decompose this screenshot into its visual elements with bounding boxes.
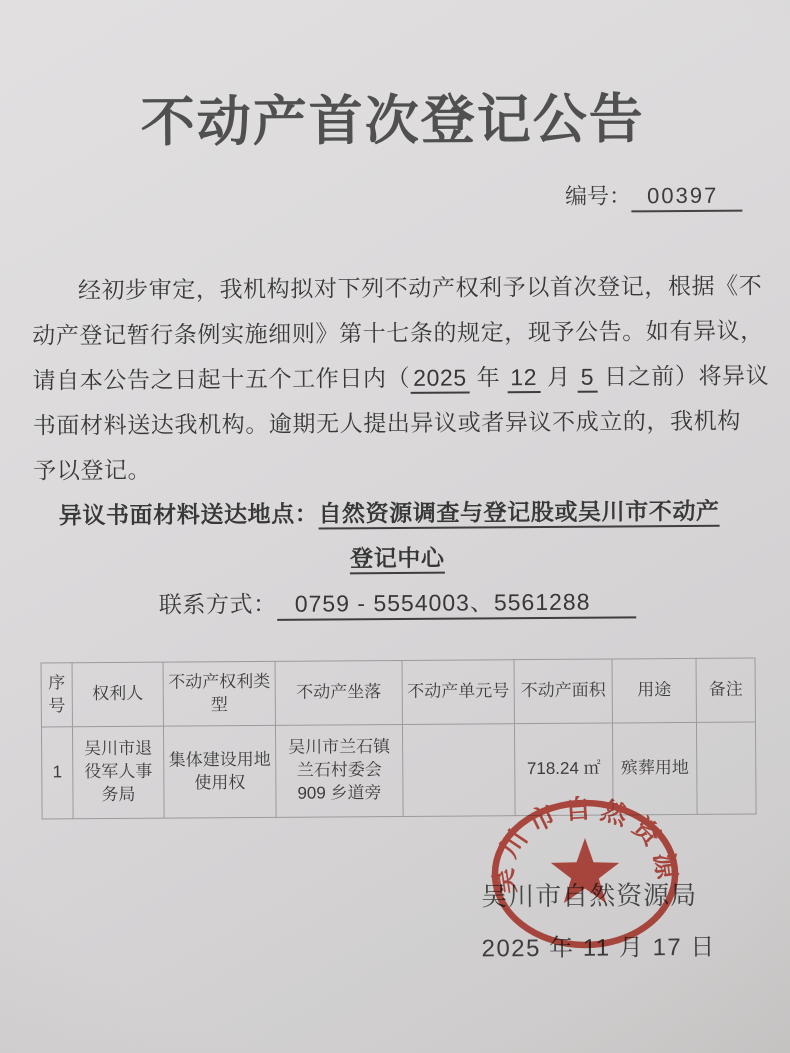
deadline-month: 12 — [507, 364, 540, 393]
col-header-holder: 权利人 — [72, 662, 163, 727]
col-header-area: 不动产面积 — [514, 659, 612, 724]
table-header-row: 序号 权利人 不动产权利类型 不动产坐落 不动产单元号 不动产面积 用途 备注 — [41, 658, 755, 727]
doc-number-label: 编号： — [565, 183, 631, 208]
body-line-2: 动产登记暂行条例实施细则》第十七条的规定，现予公告。如有异议， — [32, 308, 759, 358]
cell-location: 吴川市兰石镇 兰石村委会 909 乡道旁 — [275, 724, 403, 817]
contact-value: 0759 - 5554003、5561288 — [277, 588, 637, 621]
cell-remark — [696, 722, 756, 814]
paper-sheet: 不动产首次登记公告 编号：00397 经初步审定，我机构拟对下列不动产权利予以首… — [0, 0, 790, 1053]
contact-line: 联系方式：0759 - 5554003、5561288 — [34, 578, 761, 628]
doc-number-line: 编号：00397 — [0, 178, 788, 215]
body-line-1: 经初步审定，我机构拟对下列不动产权利予以首次登记，根据《不 — [32, 263, 759, 313]
deadline-text-end: 日之前）将异议 — [597, 362, 769, 389]
address-line: 异议书面材料送达地点：自然资源调查与登记股或吴川市不动产 — [33, 488, 760, 538]
announcement-body: 经初步审定，我机构拟对下列不动产权利予以首次登记，根据《不 动产登记暂行条例实施… — [32, 263, 761, 628]
seal-star-icon — [551, 838, 619, 903]
location-line-1: 吴川市兰石镇 — [279, 736, 399, 760]
location-line-2: 兰石村委会 — [279, 759, 399, 783]
address-value-2: 登记中心 — [350, 545, 445, 575]
address-value: 自然资源调查与登记股或吴川市不动产 — [318, 498, 719, 530]
page-title: 不动产首次登记公告 — [0, 75, 788, 158]
year-unit: 年 — [470, 364, 508, 390]
contact-label: 联系方式： — [159, 591, 277, 618]
address-line-2: 登记中心 — [34, 533, 761, 583]
deadline-year: 2025 — [410, 364, 470, 393]
body-line-5: 予以登记。 — [33, 443, 760, 493]
location-line-3: 909 乡道旁 — [279, 782, 399, 806]
col-header-unit-no: 不动产单元号 — [402, 660, 514, 725]
cell-seq: 1 — [41, 727, 73, 819]
col-header-remark: 备注 — [696, 658, 755, 722]
body-line-4: 书面材料送达我机构。逾期无人提出异议或者异议不成立的，我机构 — [33, 398, 760, 448]
address-label: 异议书面材料送达地点： — [59, 501, 319, 529]
month-unit: 月 — [540, 364, 578, 390]
deadline-text: 请自本公告之日起十五个工作日内（ — [32, 365, 410, 394]
deadline-day: 5 — [578, 364, 598, 393]
cell-holder: 吴川市退役军人事务局 — [72, 726, 164, 819]
body-line-3: 请自本公告之日起十五个工作日内（2025 年 12 月 5 日之前）将异议 — [32, 353, 759, 403]
cell-right-type: 集体建设用地使用权 — [163, 725, 276, 818]
doc-number-value: 00397 — [631, 183, 742, 213]
col-header-seq: 序号 — [41, 663, 72, 727]
col-header-usage: 用途 — [612, 658, 696, 723]
col-header-location: 不动产坐落 — [275, 660, 402, 725]
col-header-right-type: 不动产权利类型 — [163, 661, 275, 726]
official-seal: 吴川市自然资源局 — [487, 796, 683, 952]
